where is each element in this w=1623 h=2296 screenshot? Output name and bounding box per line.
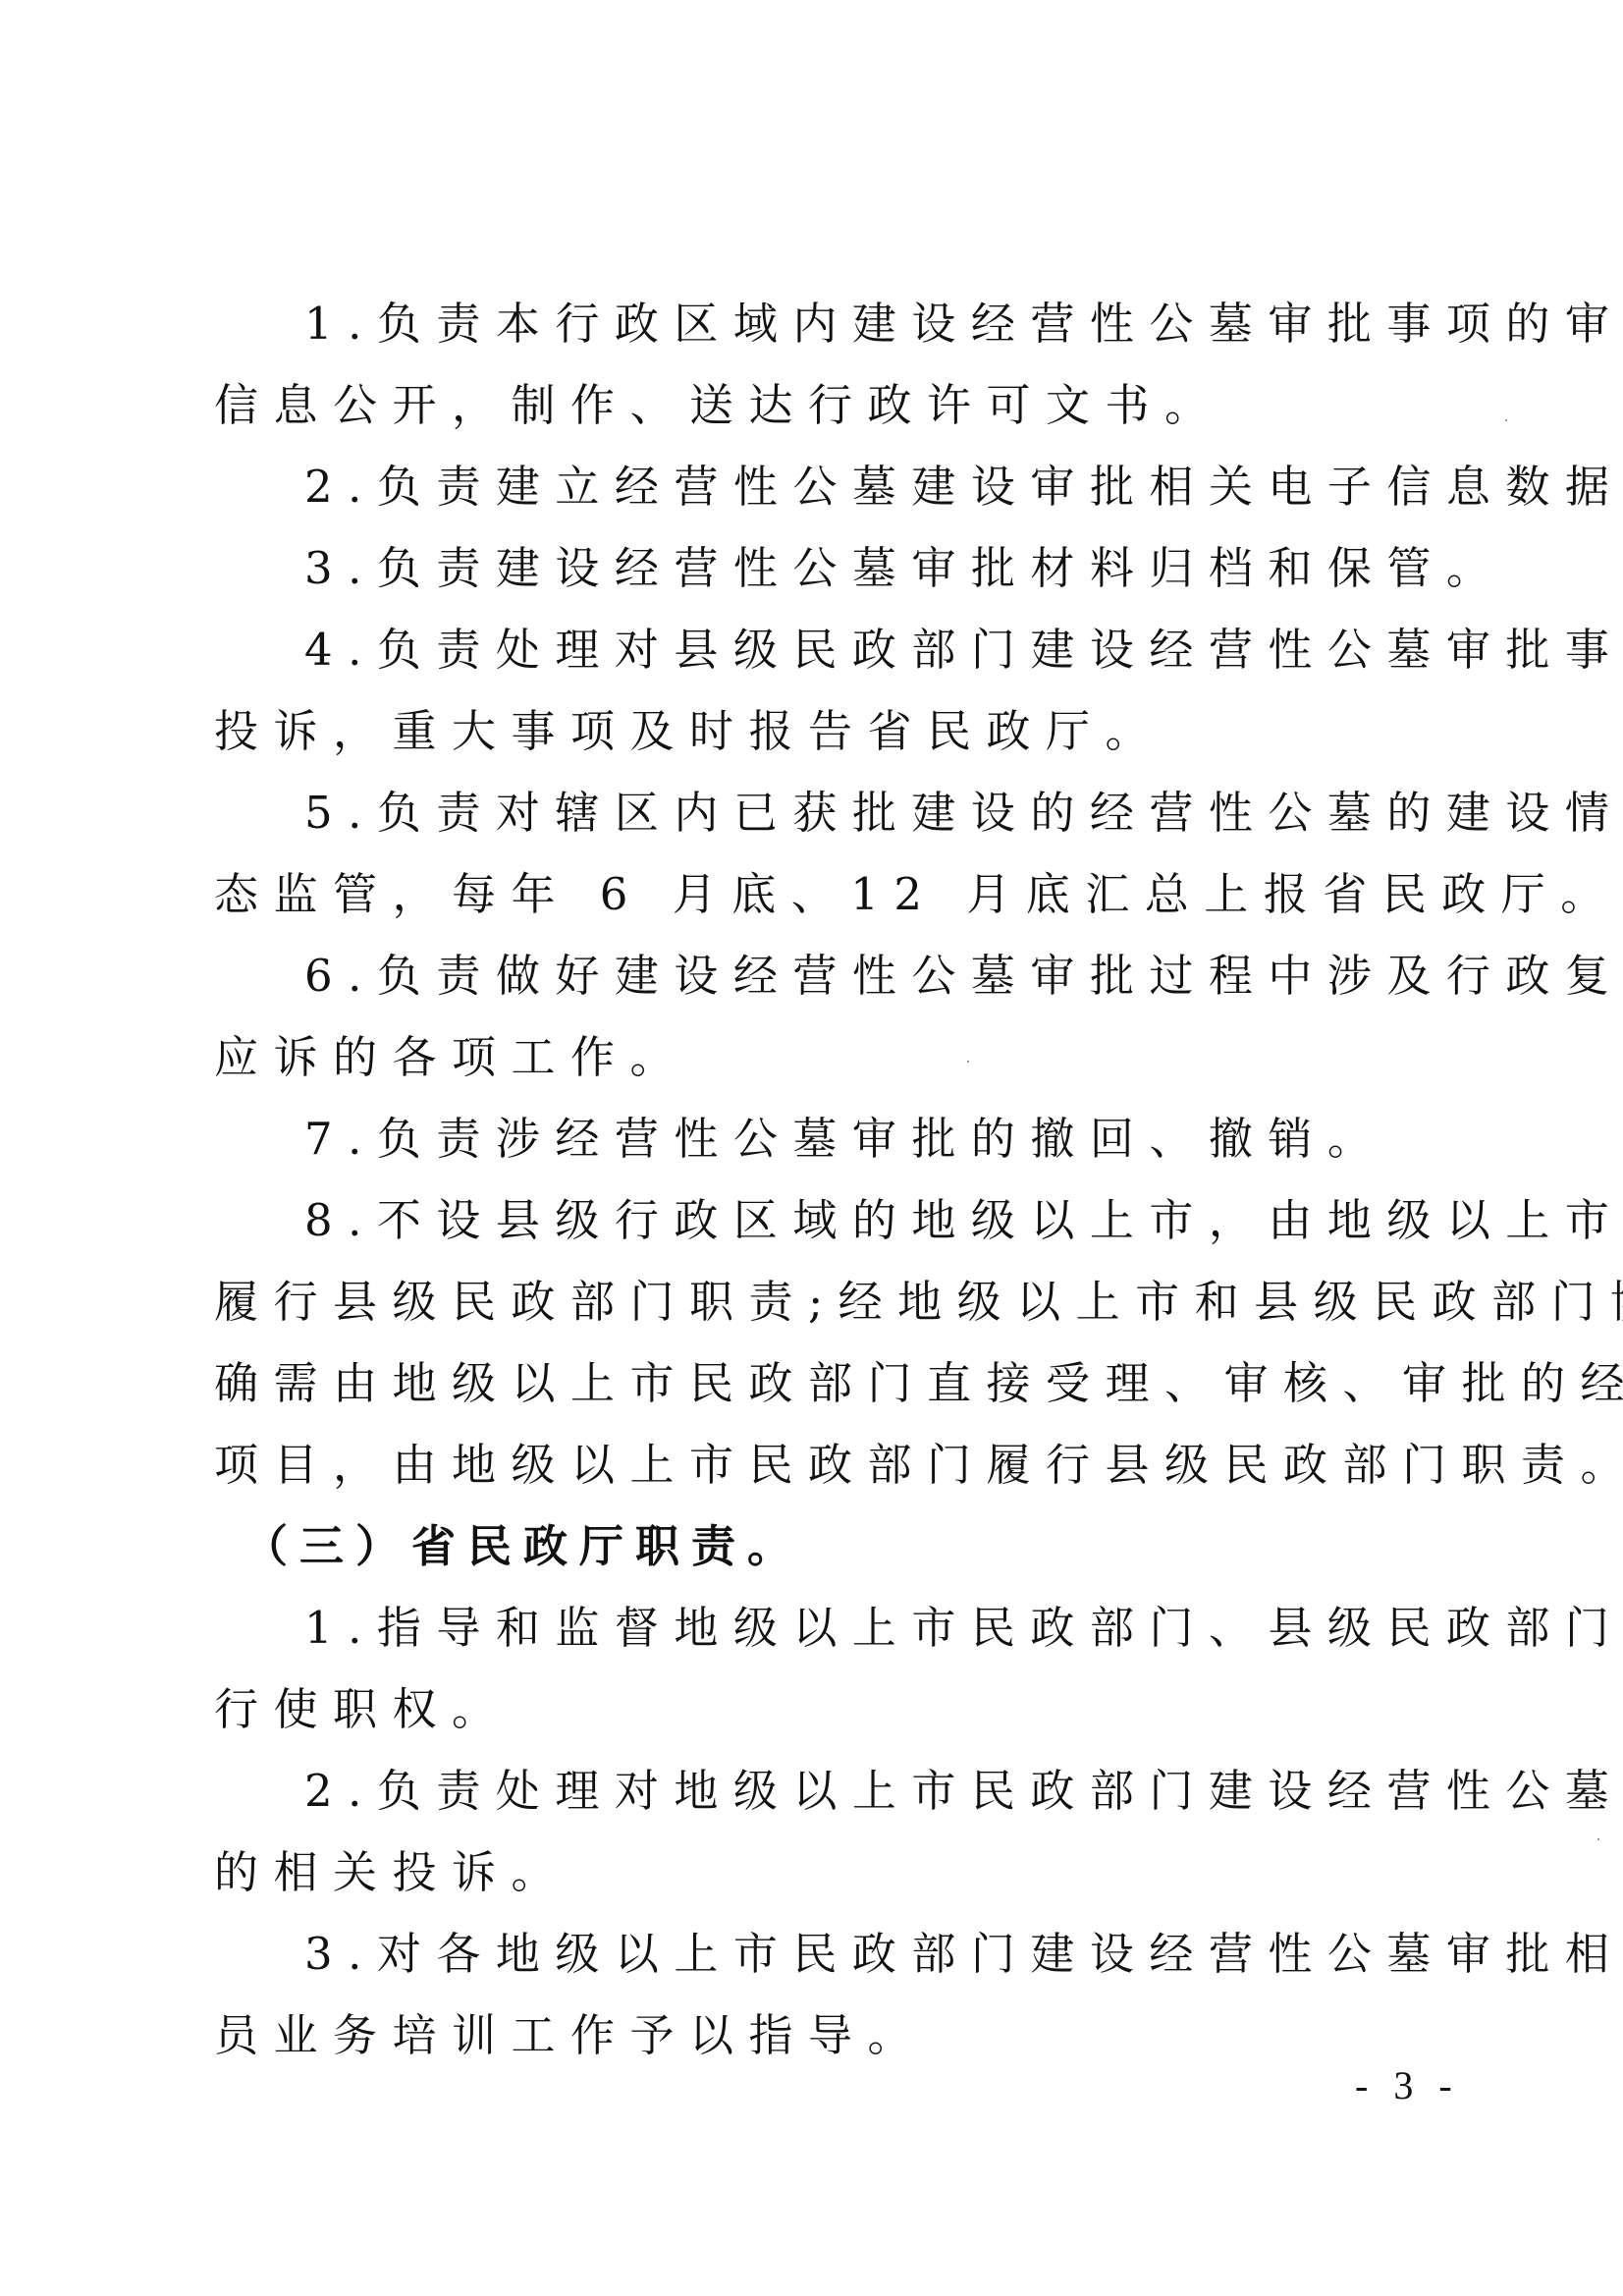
paragraph-province-2: 2.负责处理对地级以上市民政部门建设经营性公墓审批事项 的相关投诉。 <box>214 1757 1424 1920</box>
text-line: 2.负责处理对地级以上市民政部门建设经营性公墓审批事项 <box>214 1757 1424 1838</box>
paragraph-province-1: 1.指导和监督地级以上市民政部门、县级民政部门依法依规 行使职权。 <box>214 1594 1424 1757</box>
scan-speck <box>967 1061 969 1063</box>
document-body: 1.负责本行政区域内建设经营性公墓审批事项的审批和有关 信息公开，制作、送达行政… <box>214 290 1424 2083</box>
text-line: 5.负责对辖区内已获批建设的经营性公墓的建设情况实施动 <box>214 779 1424 860</box>
paragraph-county-2: 2.负责建立经营性公墓建设审批相关电子信息数据库。 <box>214 453 1424 534</box>
scan-speck <box>1597 1838 1599 1840</box>
text-line: 1.指导和监督地级以上市民政部门、县级民政部门依法依规 <box>214 1594 1424 1675</box>
text-line: 3.对各地级以上市民政部门建设经营性公墓审批相关工作人 <box>214 1920 1424 2001</box>
text-line: 行使职权。 <box>214 1675 1424 1757</box>
paragraph-county-8: 8.不设县级行政区域的地级以上市，由地级以上市民政部门 履行县级民政部门职责;经… <box>214 1186 1424 1512</box>
text-line: 员业务培训工作予以指导。 <box>214 2001 1424 2083</box>
text-line: 履行县级民政部门职责;经地级以上市和县级民政部门协商一致， <box>214 1268 1424 1349</box>
text-line: 3.负责建设经营性公墓审批材料归档和保管。 <box>214 534 1424 616</box>
text-line: 的相关投诉。 <box>214 1838 1424 1920</box>
text-line: 确需由地级以上市民政部门直接受理、审核、审批的经营性公墓 <box>214 1349 1424 1431</box>
paragraph-county-1: 1.负责本行政区域内建设经营性公墓审批事项的审批和有关 信息公开，制作、送达行政… <box>214 290 1424 453</box>
text-line: 6.负责做好建设经营性公墓审批过程中涉及行政复议和行政 <box>214 942 1424 1023</box>
text-line: 2.负责建立经营性公墓建设审批相关电子信息数据库。 <box>214 453 1424 534</box>
paragraph-county-3: 3.负责建设经营性公墓审批材料归档和保管。 <box>214 534 1424 616</box>
scan-speck <box>1505 419 1507 421</box>
paragraph-county-5: 5.负责对辖区内已获批建设的经营性公墓的建设情况实施动 态监管，每年 6 月底、… <box>214 779 1424 942</box>
paragraph-county-6: 6.负责做好建设经营性公墓审批过程中涉及行政复议和行政 应诉的各项工作。 <box>214 942 1424 1105</box>
text-line: 4.负责处理对县级民政部门建设经营性公墓审批事项的相关 <box>214 616 1424 697</box>
page-number: - 3 - <box>1355 2062 1460 2108</box>
text-line: 信息公开，制作、送达行政许可文书。 <box>214 371 1424 453</box>
text-line: 项目，由地级以上市民政部门履行县级民政部门职责。 <box>214 1431 1424 1512</box>
text-line: 投诉，重大事项及时报告省民政厅。 <box>214 697 1424 779</box>
text-line: 应诉的各项工作。 <box>214 1023 1424 1105</box>
text-line: 8.不设县级行政区域的地级以上市，由地级以上市民政部门 <box>214 1186 1424 1268</box>
paragraph-county-7: 7.负责涉经营性公墓审批的撤回、撤销。 <box>214 1105 1424 1186</box>
paragraph-county-4: 4.负责处理对县级民政部门建设经营性公墓审批事项的相关 投诉，重大事项及时报告省… <box>214 616 1424 779</box>
paragraph-province-3: 3.对各地级以上市民政部门建设经营性公墓审批相关工作人 员业务培训工作予以指导。 <box>214 1920 1424 2083</box>
text-line: 1.负责本行政区域内建设经营性公墓审批事项的审批和有关 <box>214 290 1424 371</box>
text-line: 态监管，每年 6 月底、12 月底汇总上报省民政厅。 <box>214 860 1424 942</box>
section-heading: （三）省民政厅职责。 <box>214 1512 1424 1594</box>
text-line: 7.负责涉经营性公墓审批的撤回、撤销。 <box>214 1105 1424 1186</box>
